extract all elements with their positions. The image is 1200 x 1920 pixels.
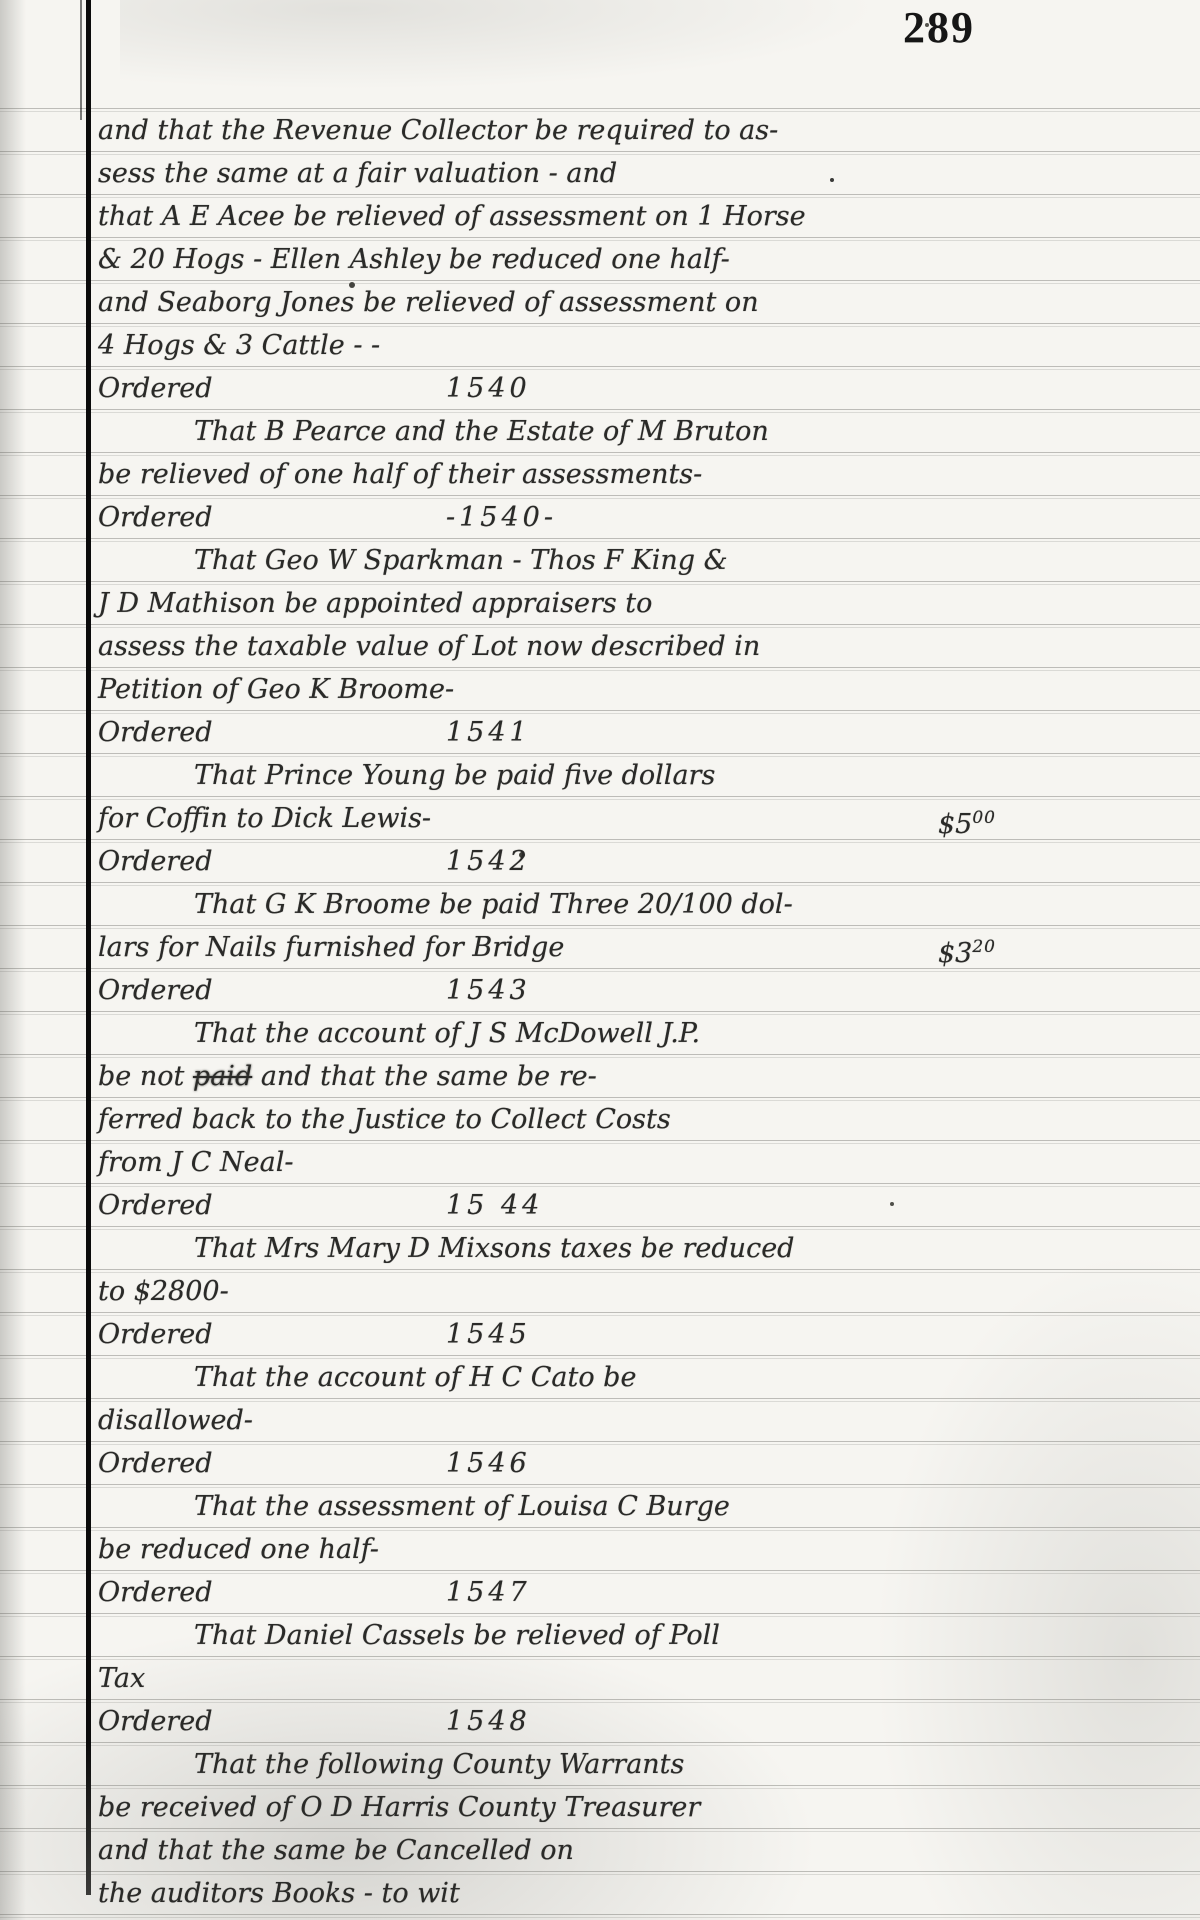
manuscript-line: & 20 Hogs - Ellen Ashley be reduced one … bbox=[98, 238, 990, 281]
order-number: 1547 bbox=[446, 1571, 531, 1614]
order-label: Ordered bbox=[98, 1442, 446, 1485]
manuscript-line: be received of O D Harris County Treasur… bbox=[98, 1786, 990, 1829]
order-number: -1540- bbox=[446, 496, 557, 539]
order-label: Ordered bbox=[98, 840, 446, 883]
order-number: 1545 bbox=[446, 1313, 531, 1356]
order-number: 15 44 bbox=[446, 1184, 543, 1227]
manuscript-line: to $2800- bbox=[98, 1270, 990, 1313]
order-number: 1548 bbox=[446, 1700, 531, 1743]
manuscript-line: J D Mathison be appointed appraisers to bbox=[98, 582, 990, 625]
order-label: Ordered bbox=[98, 1184, 446, 1227]
line-text: & 20 Hogs - Ellen Ashley be reduced one … bbox=[98, 244, 730, 275]
order-number: 1540 bbox=[446, 367, 531, 410]
manuscript-line: That the assessment of Louisa C Burge bbox=[98, 1485, 990, 1528]
manuscript-line: lars for Nails furnished for Bridge$320 bbox=[98, 926, 990, 969]
manuscript-line: That G K Broome be paid Three 20/100 dol… bbox=[98, 883, 990, 926]
line-text: that A E Acee be relieved of assessment … bbox=[98, 201, 806, 232]
manuscript-line: be relieved of one half of their assessm… bbox=[98, 453, 990, 496]
line-text: assess the taxable value of Lot now desc… bbox=[98, 631, 760, 662]
order-line: Ordered1542 bbox=[98, 840, 990, 883]
manuscript-line: sess the same at a fair valuation - and bbox=[98, 152, 990, 195]
order-line: Ordered-1540- bbox=[98, 496, 990, 539]
line-text: That the account of H C Cato be bbox=[194, 1362, 636, 1393]
manuscript-line: That the account of H C Cato be bbox=[98, 1356, 990, 1399]
manuscript-line: and that the Revenue Collector be requir… bbox=[98, 109, 990, 152]
line-text: and Seaborg Jones be relieved of assessm… bbox=[98, 287, 759, 318]
amount: $320 bbox=[938, 926, 996, 975]
line-text: That Mrs Mary D Mixsons taxes be reduced bbox=[194, 1233, 794, 1264]
line-text: That G K Broome be paid Three 20/100 dol… bbox=[194, 889, 793, 920]
struck-word: paid bbox=[193, 1061, 252, 1092]
paper-edge-shading bbox=[0, 0, 26, 1920]
manuscript-line: Petition of Geo K Broome- bbox=[98, 668, 990, 711]
manuscript-line: be not paid and that the same be re- bbox=[98, 1055, 990, 1098]
line-text: That B Pearce and the Estate of M Bruton bbox=[194, 416, 769, 447]
line-text: That Geo W Sparkman - Thos F King & bbox=[194, 545, 728, 576]
margin-rule-ghost bbox=[80, 0, 82, 120]
order-number: 1541 bbox=[446, 711, 531, 754]
line-text: Tax bbox=[98, 1663, 145, 1694]
line-text: and that the Revenue Collector be requir… bbox=[98, 115, 778, 146]
order-line: Ordered1540 bbox=[98, 367, 990, 410]
order-label: Ordered bbox=[98, 367, 446, 410]
line-text: for Coffin to Dick Lewis- bbox=[98, 803, 431, 834]
manuscript-line: 4 Hogs & 3 Cattle - - bbox=[98, 324, 990, 367]
order-label: Ordered bbox=[98, 969, 446, 1012]
line-text: be not paid and that the same be re- bbox=[98, 1061, 597, 1092]
manuscript-line: Tax bbox=[98, 1657, 990, 1700]
manuscript-line: be reduced one half- bbox=[98, 1528, 990, 1571]
manuscript-line: That Geo W Sparkman - Thos F King & bbox=[98, 539, 990, 582]
line-text: be relieved of one half of their assessm… bbox=[98, 459, 702, 490]
manuscript-line: and Seaborg Jones be relieved of assessm… bbox=[98, 281, 990, 324]
order-number: 1546 bbox=[446, 1442, 531, 1485]
line-text: That the assessment of Louisa C Burge bbox=[194, 1491, 730, 1522]
order-label: Ordered bbox=[98, 1700, 446, 1743]
page-number: 289 bbox=[903, 2, 975, 53]
paper-stain bbox=[120, 0, 880, 90]
ledger-page: 289 and that the Revenue Collector be re… bbox=[0, 0, 1200, 1920]
manuscript-line: That Prince Young be paid five dollars bbox=[98, 754, 990, 797]
order-line: Ordered1541 bbox=[98, 711, 990, 754]
line-text: That Prince Young be paid five dollars bbox=[194, 760, 715, 791]
manuscript-line: the auditors Books - to wit bbox=[98, 1872, 990, 1915]
order-line: Ordered1548 bbox=[98, 1700, 990, 1743]
line-text: That the account of J S McDowell J.P. bbox=[194, 1018, 700, 1049]
manuscript-line: from J C Neal- bbox=[98, 1141, 990, 1184]
manuscript-line: assess the taxable value of Lot now desc… bbox=[98, 625, 990, 668]
manuscript-line: disallowed- bbox=[98, 1399, 990, 1442]
line-text: Petition of Geo K Broome- bbox=[98, 674, 454, 705]
line-text: That the following County Warrants bbox=[194, 1749, 684, 1780]
line-text: sess the same at a fair valuation - and bbox=[98, 158, 617, 189]
order-line: Ordered1545 bbox=[98, 1313, 990, 1356]
line-text: be reduced one half- bbox=[98, 1534, 379, 1565]
order-line: Ordered1543 bbox=[98, 969, 990, 1012]
line-text: That Daniel Cassels be relieved of Poll bbox=[194, 1620, 720, 1651]
line-text: ferred back to the Justice to Collect Co… bbox=[98, 1104, 671, 1135]
manuscript-lines: and that the Revenue Collector be requir… bbox=[98, 109, 990, 1915]
manuscript-line: That Daniel Cassels be relieved of Poll bbox=[98, 1614, 990, 1657]
line-text: the auditors Books - to wit bbox=[98, 1878, 460, 1909]
line-text: from J C Neal- bbox=[98, 1147, 293, 1178]
line-text: lars for Nails furnished for Bridge bbox=[98, 932, 564, 963]
manuscript-line: That the account of J S McDowell J.P. bbox=[98, 1012, 990, 1055]
line-text: J D Mathison be appointed appraisers to bbox=[98, 588, 652, 619]
margin-rule bbox=[86, 0, 91, 1895]
order-label: Ordered bbox=[98, 711, 446, 754]
order-number: 1543 bbox=[446, 969, 531, 1012]
manuscript-line: That B Pearce and the Estate of M Bruton bbox=[98, 410, 990, 453]
order-label: Ordered bbox=[98, 1571, 446, 1614]
line-text: be received of O D Harris County Treasur… bbox=[98, 1792, 700, 1823]
order-line: Ordered1546 bbox=[98, 1442, 990, 1485]
manuscript-line: That the following County Warrants bbox=[98, 1743, 990, 1786]
order-label: Ordered bbox=[98, 496, 446, 539]
manuscript-line: That Mrs Mary D Mixsons taxes be reduced bbox=[98, 1227, 990, 1270]
order-line: Ordered1547 bbox=[98, 1571, 990, 1614]
manuscript-line: and that the same be Cancelled on bbox=[98, 1829, 990, 1872]
line-text: and that the same be Cancelled on bbox=[98, 1835, 574, 1866]
line-text: to $2800- bbox=[98, 1276, 229, 1307]
line-text: 4 Hogs & 3 Cattle - - bbox=[98, 330, 380, 361]
manuscript-line: for Coffin to Dick Lewis-$500 bbox=[98, 797, 990, 840]
manuscript-line: that A E Acee be relieved of assessment … bbox=[98, 195, 990, 238]
amount: $500 bbox=[938, 797, 996, 846]
manuscript-line: ferred back to the Justice to Collect Co… bbox=[98, 1098, 990, 1141]
line-text: disallowed- bbox=[98, 1405, 253, 1436]
order-line: Ordered15 44 bbox=[98, 1184, 990, 1227]
order-number: 1542 bbox=[446, 840, 531, 883]
order-label: Ordered bbox=[98, 1313, 446, 1356]
